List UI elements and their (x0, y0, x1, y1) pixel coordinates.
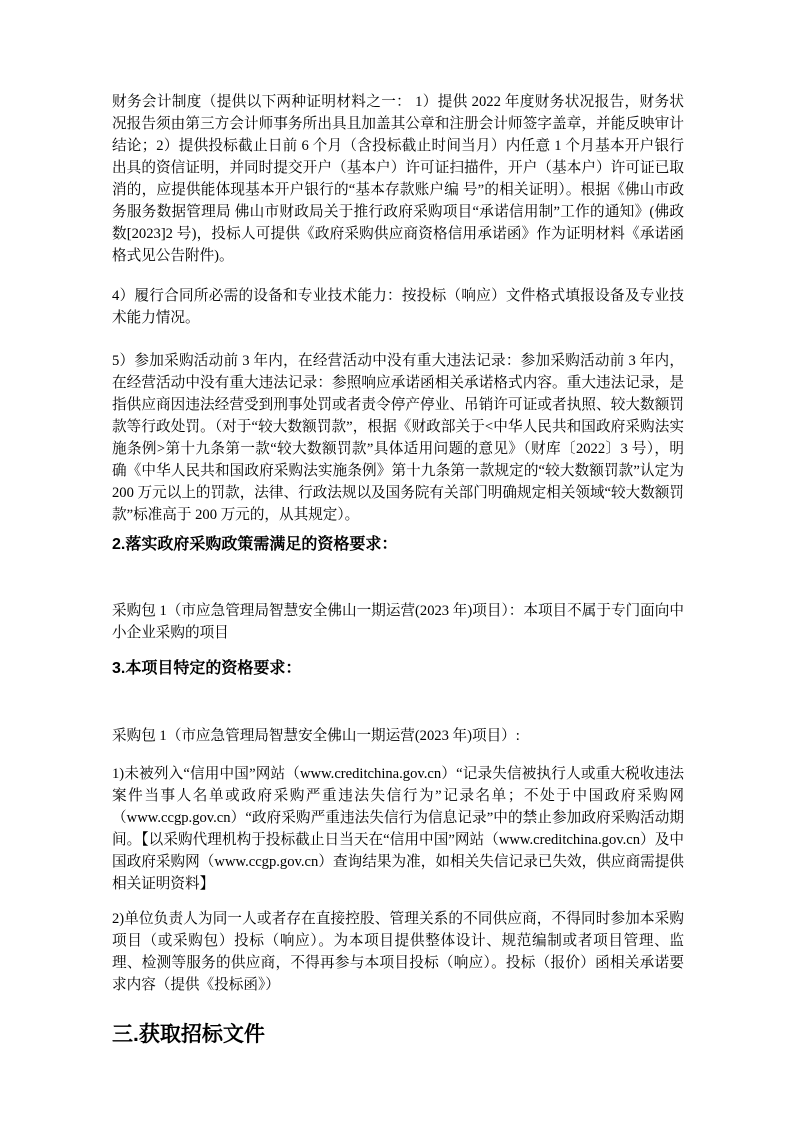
paragraph-package1-not-sme: 采购包 1（市应急管理局智慧安全佛山一期运营(2023 年)项目）：本项目不属于… (112, 600, 684, 644)
heading-chapter-3-obtain-bidding-documents: 三.获取招标文件 (112, 1020, 684, 1050)
paragraph-item4-equipment-capability: 4）履行合同所必需的设备和专业技术能力：按投标（响应）文件格式填报设备及专业技术… (112, 285, 684, 329)
paragraph-package1-label: 采购包 1（市应急管理局智慧安全佛山一期运营(2023 年)项目）: (112, 725, 684, 747)
document-content: 财务会计制度（提供以下两种证明材料之一： 1）提供 2022 年度财务状况报告，… (112, 0, 684, 1050)
paragraph-financial-accounting-requirements: 财务会计制度（提供以下两种证明材料之一： 1）提供 2022 年度财务状况报告，… (112, 91, 684, 267)
heading-section-3-specific-qualification: 3.本项目特定的资格要求： (112, 658, 684, 680)
heading-section-2-policy-qualification: 2.落实政府采购政策需满足的资格要求： (112, 534, 684, 556)
paragraph-item5-no-major-violations: 5）参加采购活动前 3 年内，在经营活动中没有重大违法记录：参加采购活动前 3 … (112, 350, 684, 526)
paragraph-requirement2-same-person: 2)单位负责人为同一人或者存在直接控股、管理关系的不同供应商，不得同时参加本采购… (112, 908, 684, 996)
paragraph-requirement1-credit-china: 1)未被列入“信用中国”网站（www.creditchina.gov.cn）“记… (112, 763, 684, 895)
document-page: 财务会计制度（提供以下两种证明材料之一： 1）提供 2022 年度财务状况报告，… (0, 0, 793, 1122)
